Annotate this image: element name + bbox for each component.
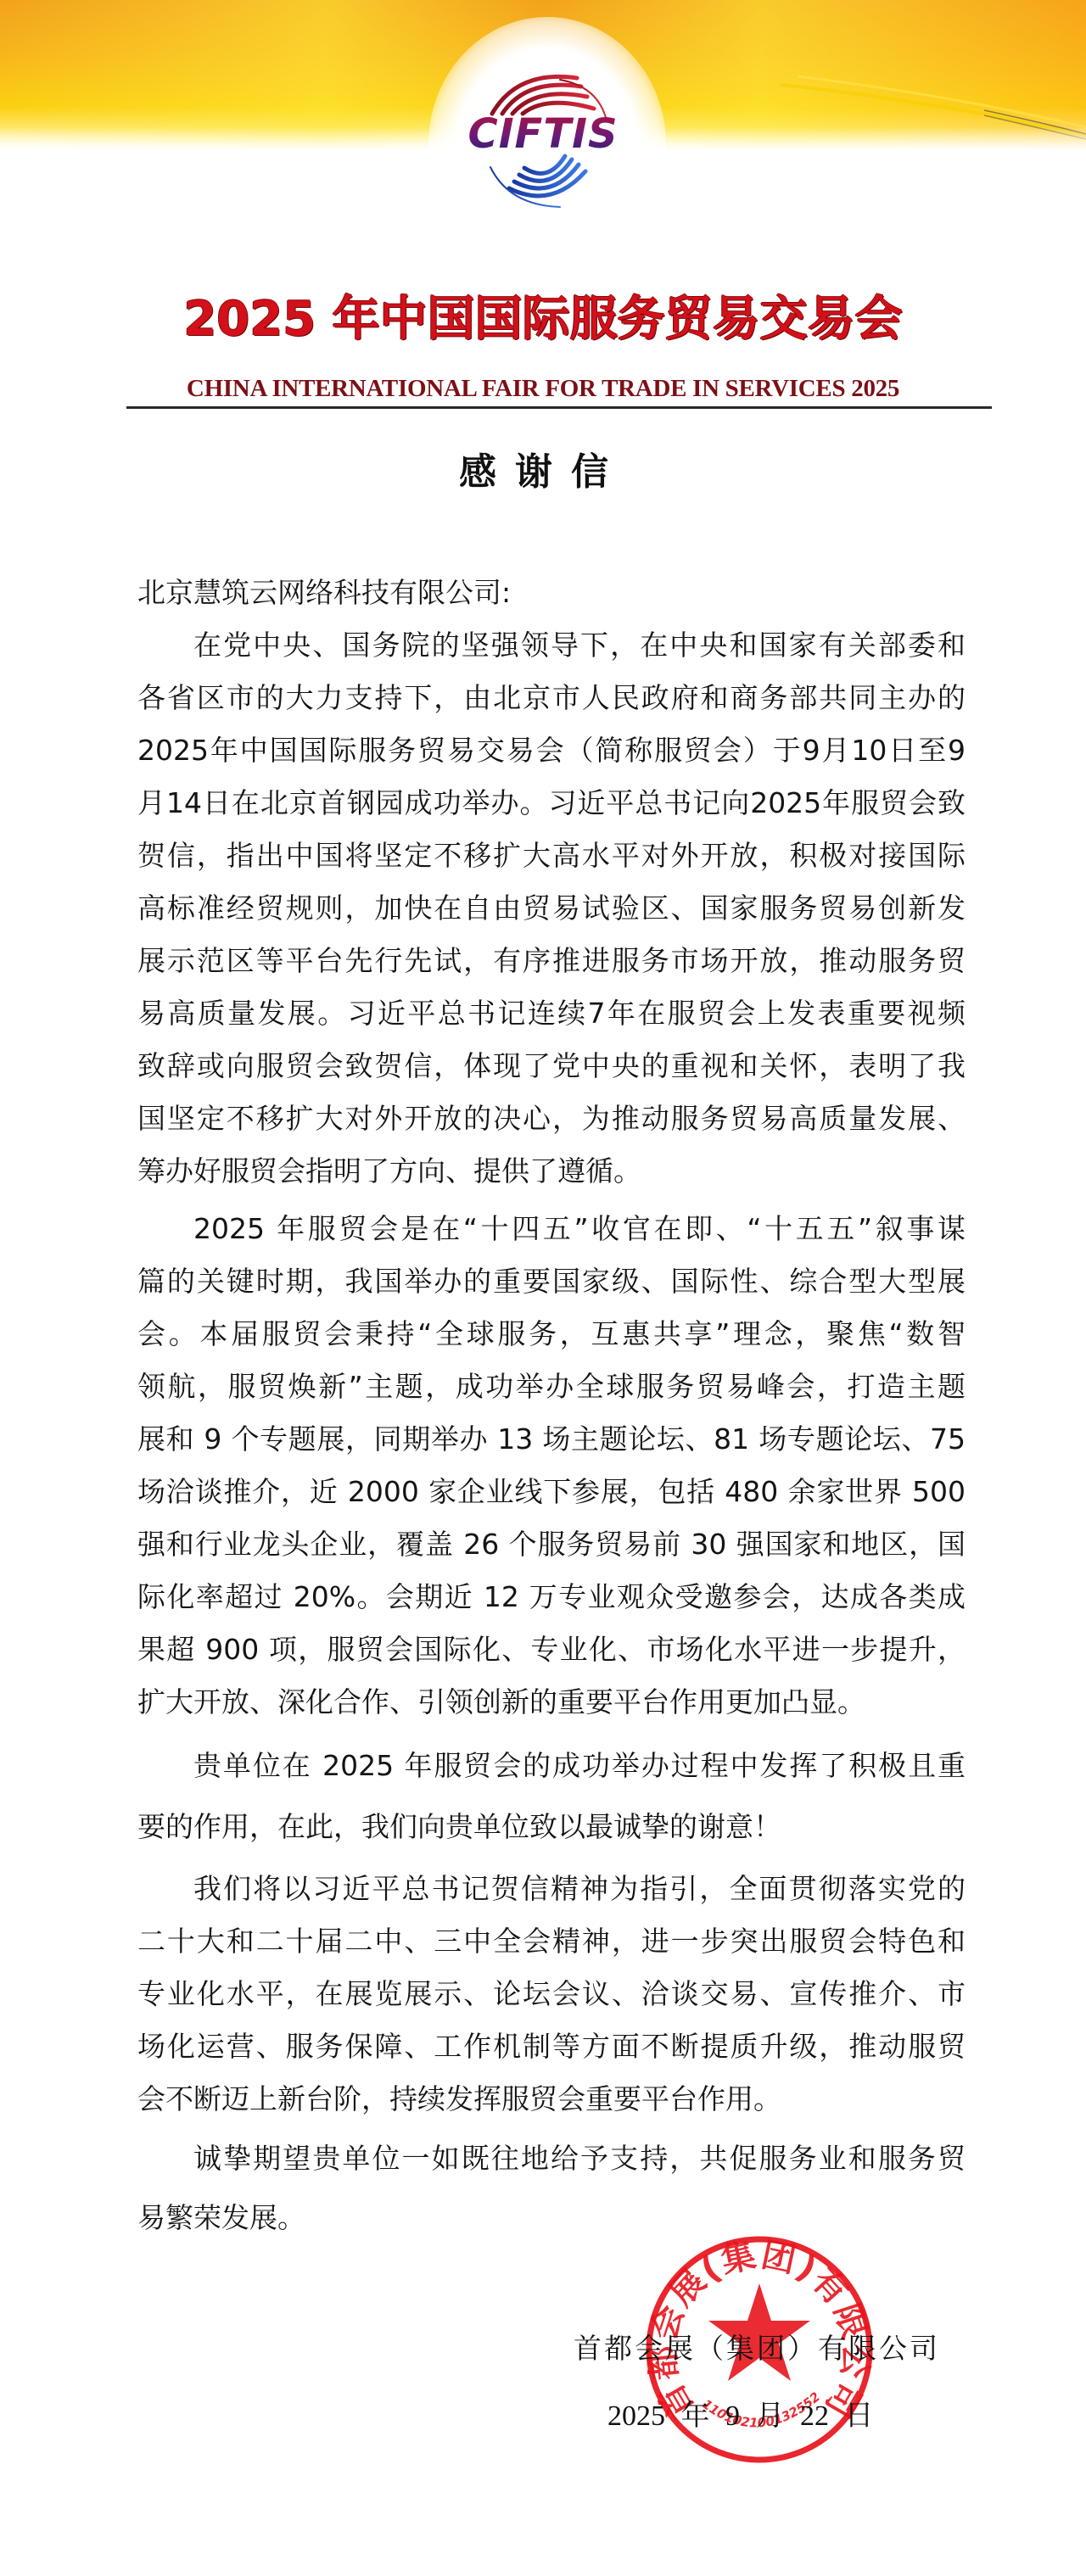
paragraph-line: 展示范区等平台先行先试，有序推进服务市场开放，推动服务贸 — [137, 935, 966, 987]
logo-wordmark: CIFTIS — [458, 110, 628, 158]
paragraph-line: 高标准经贸规则，加快在自由贸易试验区、国家服务贸易创新发 — [137, 882, 966, 935]
paragraph-line: 在党中央、国务院的坚强领导下，在中央和国家有关部委和 — [137, 619, 966, 672]
paragraph-line: 会。本届服贸会秉持“全球服务，互惠共享”理念，聚焦“数智 — [137, 1308, 966, 1361]
paragraph-line: 场化运营、服务保障、工作机制等方面不断提质升级，推动服贸 — [137, 2020, 966, 2073]
paragraph-line: 领航，服贸焕新”主题，成功举办全球服务贸易峰会，打造主题 — [137, 1361, 966, 1413]
letter-body: 北京慧筑云网络科技有限公司: 在党中央、国务院的坚强领导下，在中央和国家有关部委… — [137, 567, 966, 2248]
paragraph-line: 会不断迈上新台阶，持续发挥服贸会重要平台作用。 — [137, 2073, 966, 2126]
header-divider — [126, 406, 992, 409]
paragraph-2: 2025 年服贸会是在“十四五”收官在即、“十五五”叙事谋 篇的关键时期，我国举… — [137, 1203, 966, 1729]
letter-title: 感谢信 — [0, 447, 1086, 498]
paragraph-line: 月14日在北京首钢园成功举办。习近平总书记向2025年服贸会致 — [137, 777, 966, 830]
paragraph-line: 国坚定不移扩大对外开放的决心，为推动服务贸易高质量发展、 — [137, 1092, 966, 1145]
paragraph-line: 各省区市的大力支持下，由北京市人民政府和商务部共同主办的 — [137, 672, 966, 724]
paragraph-line: 强和行业龙头企业，覆盖 26 个服务贸易前 30 强国家和地区，国 — [137, 1518, 966, 1571]
paragraph-line: 际化率超过 20%。会期近 12 万专业观众受邀参会，达成各类成 — [137, 1571, 966, 1623]
fair-title-en: CHINA INTERNATIONAL FAIR FOR TRADE IN SE… — [0, 373, 1086, 404]
paragraph-line: 专业化水平，在展览展示、论坛会议、洽谈交易、宣传推介、市 — [137, 1968, 966, 2020]
paragraph-line: 诚挚期望贵单位一如既往地给予支持，共促服务业和服务贸 — [137, 2129, 966, 2188]
paragraph-line: 贵单位在 2025 年服贸会的成功举办过程中发挥了积极且重 — [137, 1735, 966, 1796]
paragraph-line: 2025年中国国际服务贸易交易会（简称服贸会）于9月10日至9 — [137, 724, 966, 777]
paragraph-3: 贵单位在 2025 年服贸会的成功举办过程中发挥了积极且重 要的作用，在此，我们… — [137, 1735, 966, 1858]
paragraph-line: 二十大和二十届二中、三中全会精神，进一步突出服贸会特色和 — [137, 1915, 966, 1968]
paragraph-line: 篇的关键时期，我国举办的重要国家级、国际性、综合型大型展 — [137, 1255, 966, 1308]
paragraph-line: 展和 9 个专题展，同期举办 13 场主题论坛、81 场专题论坛、75 — [137, 1413, 966, 1466]
paragraph-line: 致辞或向服贸会致贺信，体现了党中央的重视和关怀，表明了我 — [137, 1040, 966, 1092]
paragraph-5: 诚挚期望贵单位一如既往地给予支持，共促服务业和服务贸 易繁荣发展。 — [137, 2129, 966, 2248]
signature-company: 首都会展（集团）有限公司 — [574, 2331, 947, 2368]
paragraph-4: 我们将以习近平总书记贺信精神为指引，全面贯彻落实党的 二十大和二十届二中、三中全… — [137, 1863, 966, 2126]
salutation: 北京慧筑云网络科技有限公司: — [137, 567, 966, 619]
paragraph-line: 贺信，指出中国将坚定不移扩大高水平对外开放，积极对接国际 — [137, 830, 966, 882]
paragraph-line: 2025 年服贸会是在“十四五”收官在即、“十五五”叙事谋 — [137, 1203, 966, 1255]
paragraph-line: 果超 900 项，服贸会国际化、专业化、市场化水平进一步提升， — [137, 1623, 966, 1676]
paragraph-line: 场洽谈推介，近 2000 家企业线下参展，包括 480 余家世界 500 — [137, 1466, 966, 1518]
paragraph-line: 我们将以习近平总书记贺信精神为指引，全面贯彻落实党的 — [137, 1863, 966, 1915]
paragraph-line: 筹办好服贸会指明了方向、提供了遵循。 — [137, 1145, 966, 1198]
paragraph-1: 在党中央、国务院的坚强领导下，在中央和国家有关部委和 各省区市的大力支持下，由北… — [137, 619, 966, 1198]
paragraph-line: 易高质量发展。习近平总书记连续7年在服贸会上发表重要视频 — [137, 987, 966, 1040]
signature-date: 2025 年 9 月 22 日 — [607, 2397, 913, 2436]
ciftis-logo: CIFTIS — [458, 61, 628, 214]
paragraph-line: 要的作用，在此，我们向贵单位致以最诚挚的谢意！ — [137, 1796, 966, 1858]
paragraph-line: 扩大开放、深化合作、引领创新的重要平台作用更加凸显。 — [137, 1676, 966, 1729]
fair-title-cn: 2025 年中国国际服务贸易交易会 — [0, 290, 1086, 349]
